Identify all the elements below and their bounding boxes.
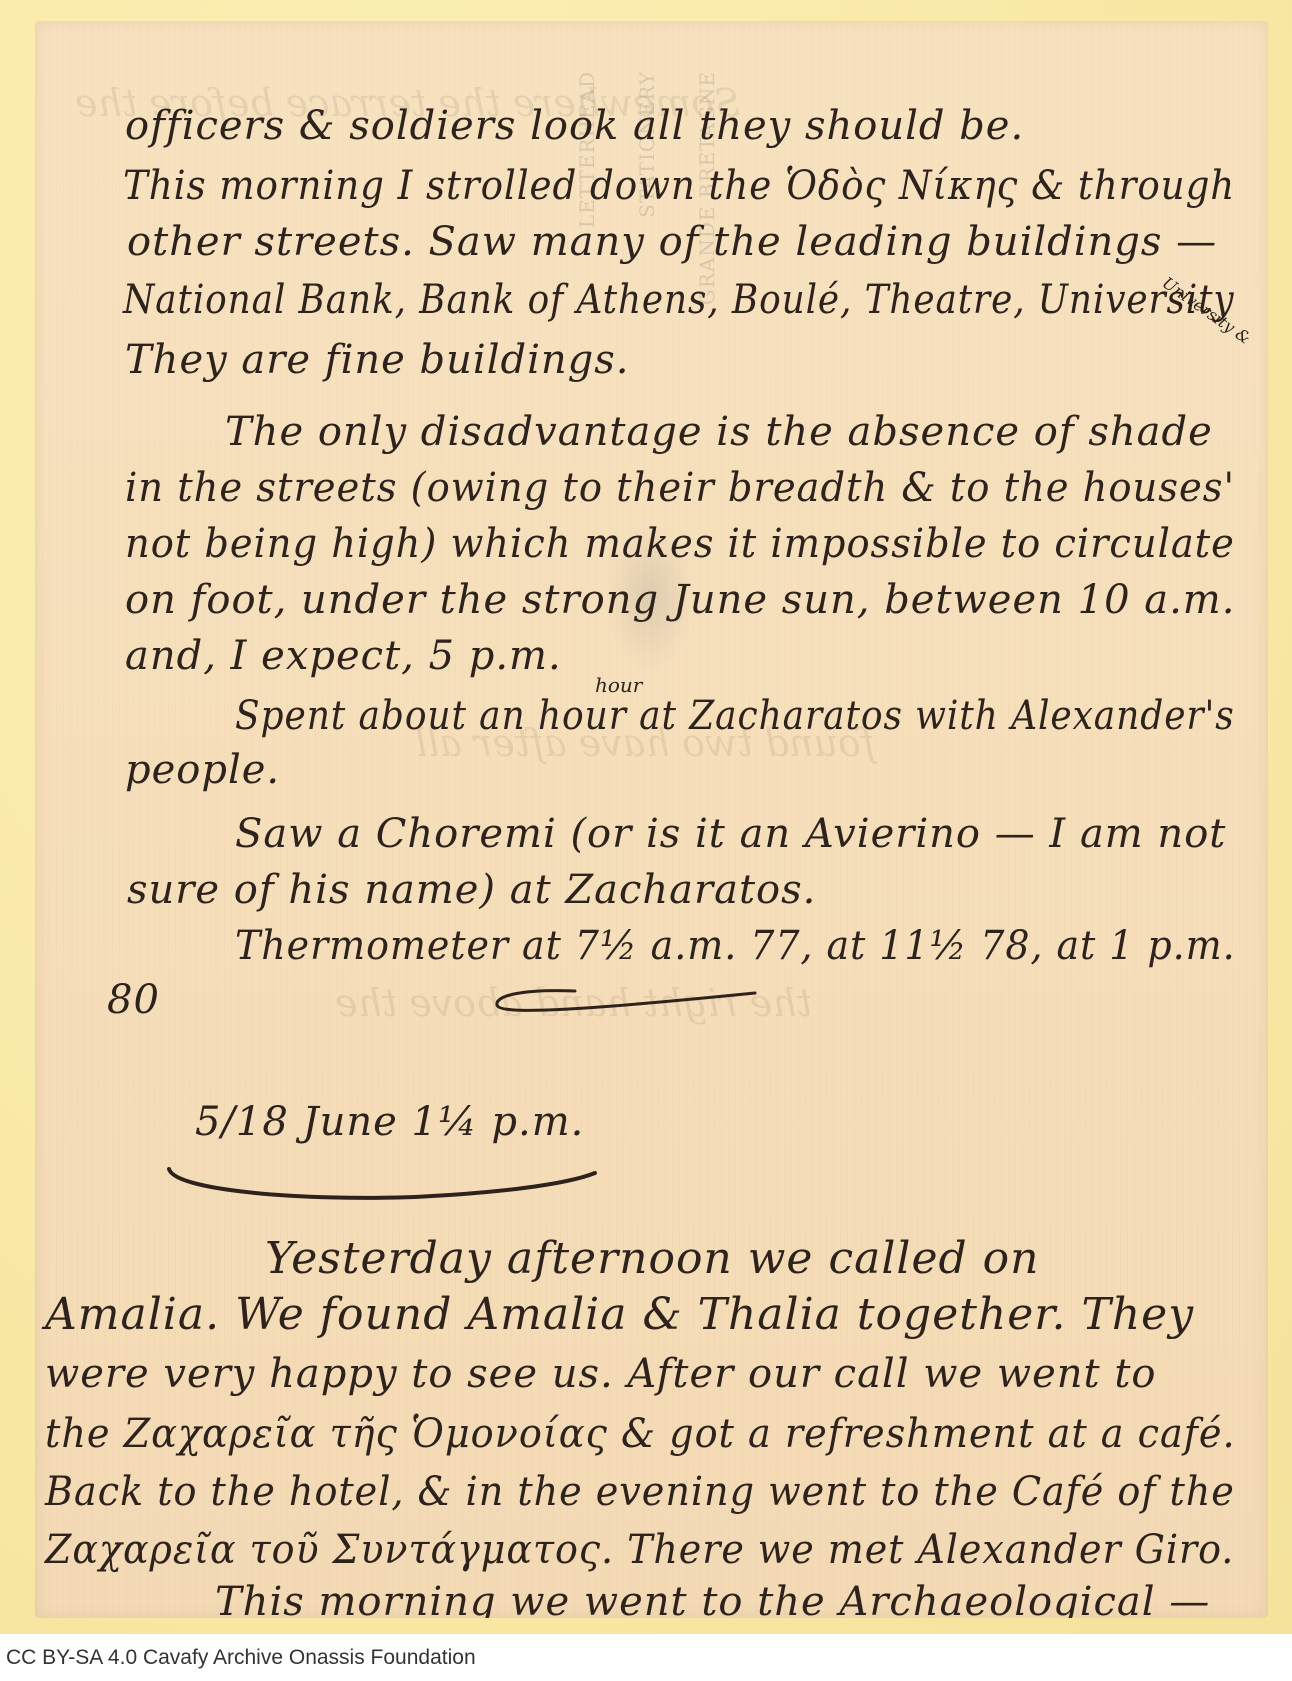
entry-date-heading: 5/18 June 1¼ p.m.	[195, 1099, 584, 1145]
manuscript-line: Spent about an hour at Zacharatos with A…	[235, 693, 1235, 739]
manuscript-line: people.	[125, 747, 280, 793]
manuscript-line: Ζαχαρεῖα τοῦ Συντάγματος. There we met A…	[45, 1527, 1234, 1573]
manuscript-line: The only disadvantage is the absence of …	[225, 409, 1213, 455]
manuscript-line: They are fine buildings.	[125, 337, 630, 383]
manuscript-line: sure of his name) at Zacharatos.	[127, 867, 816, 913]
manuscript-line: This morning I strolled down the Ὁδὸς Νί…	[123, 163, 1235, 209]
manuscript-line: National Bank, Bank of Athens, Boulé, Th…	[123, 277, 1235, 323]
manuscript-line: 80	[107, 977, 160, 1023]
heading-underline-icon	[165, 1161, 605, 1211]
manuscript-line: officers & soldiers look all they should…	[125, 103, 1024, 149]
manuscript-line: other streets. Saw many of the leading b…	[127, 219, 1217, 265]
manuscript-line: Thermometer at 7½ a.m. 77, at 11½ 78, at…	[235, 923, 1236, 969]
manuscript-line: Amalia. We found Amalia & Thalia togethe…	[45, 1289, 1194, 1340]
manuscript-page: LETTERHEAD STATIONERY GRANDE BRETAGNE So…	[35, 21, 1268, 1618]
manuscript-line: Yesterday afternoon we called on	[265, 1233, 1039, 1284]
separator-flourish-icon	[455, 981, 775, 1041]
manuscript-line: Saw a Choremi (or is it an Avierino — I …	[235, 811, 1226, 857]
manuscript-line: in the streets (owing to their breadth &…	[125, 465, 1235, 511]
manuscript-line: on foot, under the strong June sun, betw…	[125, 577, 1235, 623]
manuscript-line: not being high) which makes it impossibl…	[125, 521, 1235, 567]
manuscript-line: This morning we went to the Archaeologic…	[215, 1579, 1210, 1618]
manuscript-line: were very happy to see us. After our cal…	[45, 1351, 1156, 1397]
manuscript-line: the Ζαχαρεῖα τῆς Ὁμονοίας & got a refres…	[45, 1411, 1236, 1457]
manuscript-line: Back to the hotel, & in the evening went…	[45, 1469, 1235, 1515]
license-caption: CC BY-SA 4.0 Cavafy Archive Onassis Foun…	[6, 1634, 476, 1681]
manuscript-line: and, I expect, 5 p.m.	[125, 633, 562, 679]
